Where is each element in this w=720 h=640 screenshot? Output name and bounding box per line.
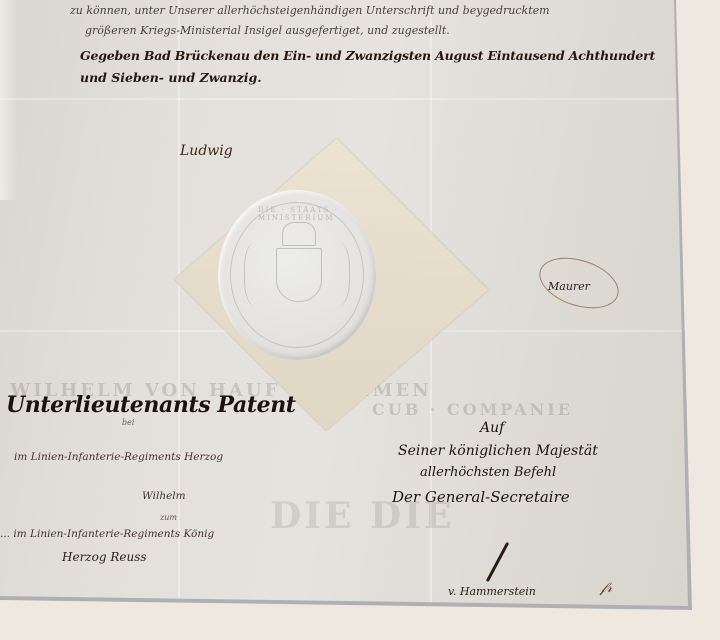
pen-stroke xyxy=(486,542,509,582)
authority-line: allerhöchsten Befehl xyxy=(420,465,556,480)
document-paper: WILHELM VON HAUF · REGIMEN CUB · COMPANI… xyxy=(0,0,688,606)
regiment-line: Herzog Reuss xyxy=(62,550,147,564)
connector-text: zum xyxy=(160,513,177,522)
date-line: und Sieben- und Zwanzig. xyxy=(80,70,262,85)
bleed-through-text: CUB · COMPANIE xyxy=(372,400,573,419)
seal-legend: DIE · STAATS · MINISTERIUM xyxy=(258,206,376,222)
paper-fold xyxy=(178,0,180,606)
crown-icon xyxy=(282,222,316,246)
minister-signature: Maurer xyxy=(548,280,590,293)
embossed-seal: DIE · STAATS · MINISTERIUM xyxy=(218,190,376,360)
authority-line: Seiner königlichen Majestät xyxy=(398,443,598,459)
regiment-line: im Linien-Infanterie-Regiments Herzog xyxy=(14,451,223,463)
body-text-line: größeren Kriegs-Ministerial Insigel ausg… xyxy=(85,24,450,37)
royal-signature: Ludwig xyxy=(180,143,233,159)
body-text-line: zu können, unter Unserer allerhöchsteige… xyxy=(70,4,550,17)
coat-of-arms-shield-icon xyxy=(276,248,322,302)
document-title: Unterlieutenants Patent xyxy=(6,392,296,418)
authority-line: Der General-Secretaire xyxy=(392,488,570,506)
secretary-signature: v. Hammerstein xyxy=(448,585,536,598)
signature-flourish: 𝒻𝓇 xyxy=(600,580,612,596)
light-glare xyxy=(0,0,18,200)
regiment-line: ... im Linien-Infanterie-Regiments König xyxy=(0,528,214,540)
recipient-name: Wilhelm xyxy=(142,490,186,502)
paper-fold xyxy=(0,98,688,100)
connector-text: bei xyxy=(122,418,134,427)
authority-line: Auf xyxy=(480,420,504,436)
lion-supporter-icon xyxy=(323,242,350,306)
date-line: Gegeben Bad Brückenau den Ein- und Zwanz… xyxy=(80,48,655,63)
lion-supporter-icon xyxy=(244,242,271,306)
